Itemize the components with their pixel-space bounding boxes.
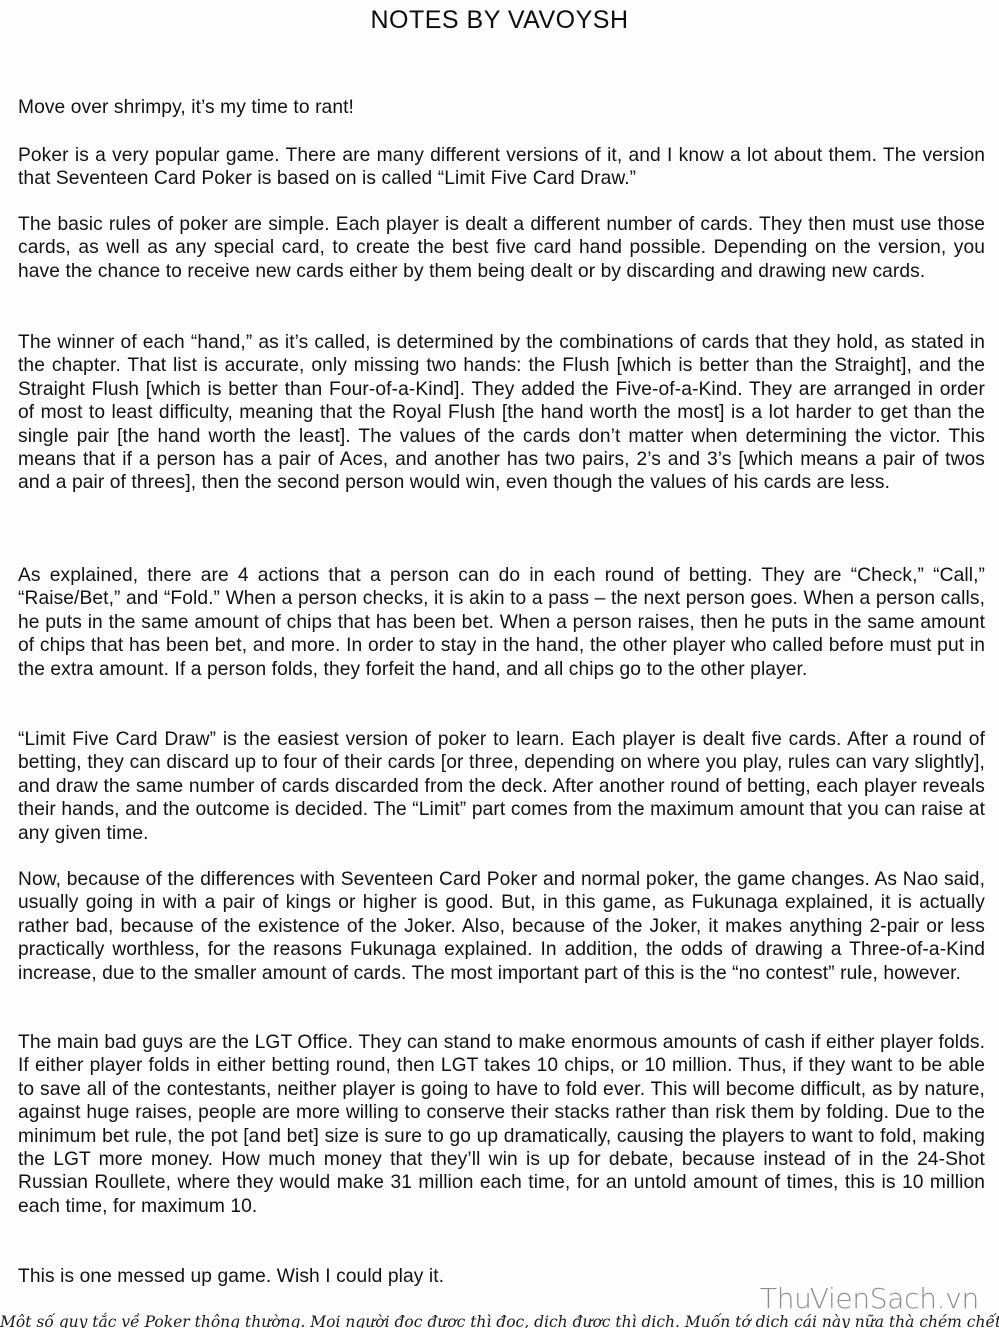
paragraph-poker-versions: Poker is a very popular game. There are …: [18, 144, 985, 191]
intro-paragraph: Move over shrimpy, it’s my time to rant!: [18, 96, 985, 119]
paragraph-hand-rankings: The winner of each “hand,” as it’s calle…: [18, 331, 985, 495]
paragraph-lgt-office: The main bad guys are the LGT Office. Th…: [18, 1031, 985, 1218]
page-title: NOTES BY VAVOYSH: [0, 5, 999, 35]
paragraph-limit-five-card-draw: “Limit Five Card Draw” is the easiest ve…: [18, 728, 985, 845]
translator-footer-note: Một số quy tắc về Poker thông thường. Mọ…: [0, 1312, 999, 1328]
document-page: NOTES BY VAVOYSH Move over shrimpy, it’s…: [0, 0, 999, 1328]
paragraph-seventeen-card-differences: Now, because of the differences with Sev…: [18, 868, 985, 985]
paragraph-betting-actions: As explained, there are 4 actions that a…: [18, 564, 985, 681]
site-watermark: ThuVienSach.vn: [760, 1283, 979, 1315]
paragraph-basic-rules: The basic rules of poker are simple. Eac…: [18, 213, 985, 283]
